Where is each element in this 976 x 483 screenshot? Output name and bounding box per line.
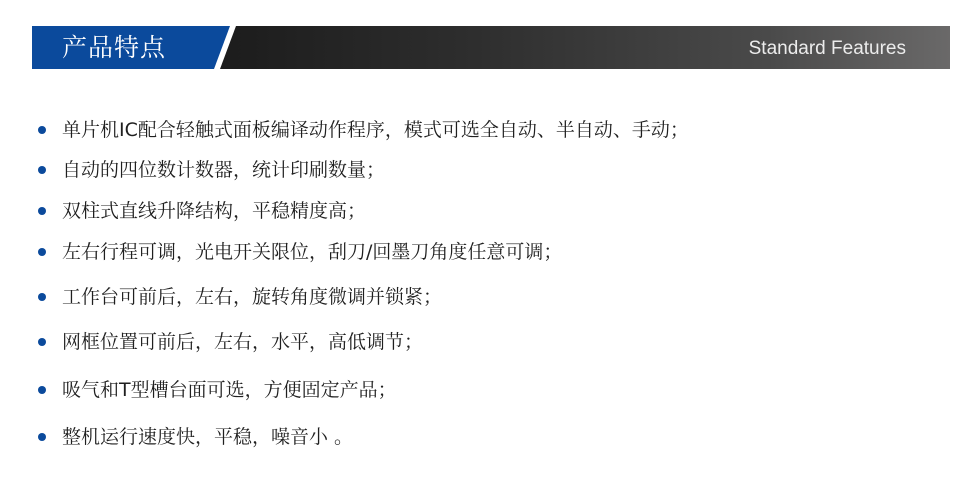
feature-text: 双柱式直线升降结构，平稳精度高； bbox=[62, 196, 366, 226]
bullet-icon bbox=[38, 207, 46, 215]
bullet-icon bbox=[38, 166, 46, 174]
feature-text: 整机运行速度快，平稳，噪音小 。 bbox=[62, 422, 353, 452]
bullet-icon bbox=[38, 126, 46, 134]
bullet-icon bbox=[38, 433, 46, 441]
bullet-icon bbox=[38, 386, 46, 394]
feature-text: 网框位置可前后，左右，水平，高低调节； bbox=[62, 327, 423, 357]
feature-text: 吸气和T型槽台面可选，方便固定产品； bbox=[62, 375, 397, 405]
feature-text: 工作台可前后，左右，旋转角度微调并锁紧； bbox=[62, 282, 442, 312]
feature-text: 左右行程可调，光电开关限位，刮刀/回墨刀角度任意可调； bbox=[62, 237, 562, 267]
section-header: 产品特点 Standard Features bbox=[32, 26, 950, 69]
bullet-icon bbox=[38, 293, 46, 301]
bullet-icon bbox=[38, 248, 46, 256]
section-subtitle: Standard Features bbox=[749, 26, 906, 69]
feature-text: 自动的四位数计数器，统计印刷数量； bbox=[62, 155, 385, 185]
feature-text: 单片机IC配合轻触式面板编译动作程序，模式可选全自动、半自动、手动； bbox=[62, 115, 689, 145]
section-title: 产品特点 bbox=[62, 26, 166, 69]
bullet-icon bbox=[38, 338, 46, 346]
